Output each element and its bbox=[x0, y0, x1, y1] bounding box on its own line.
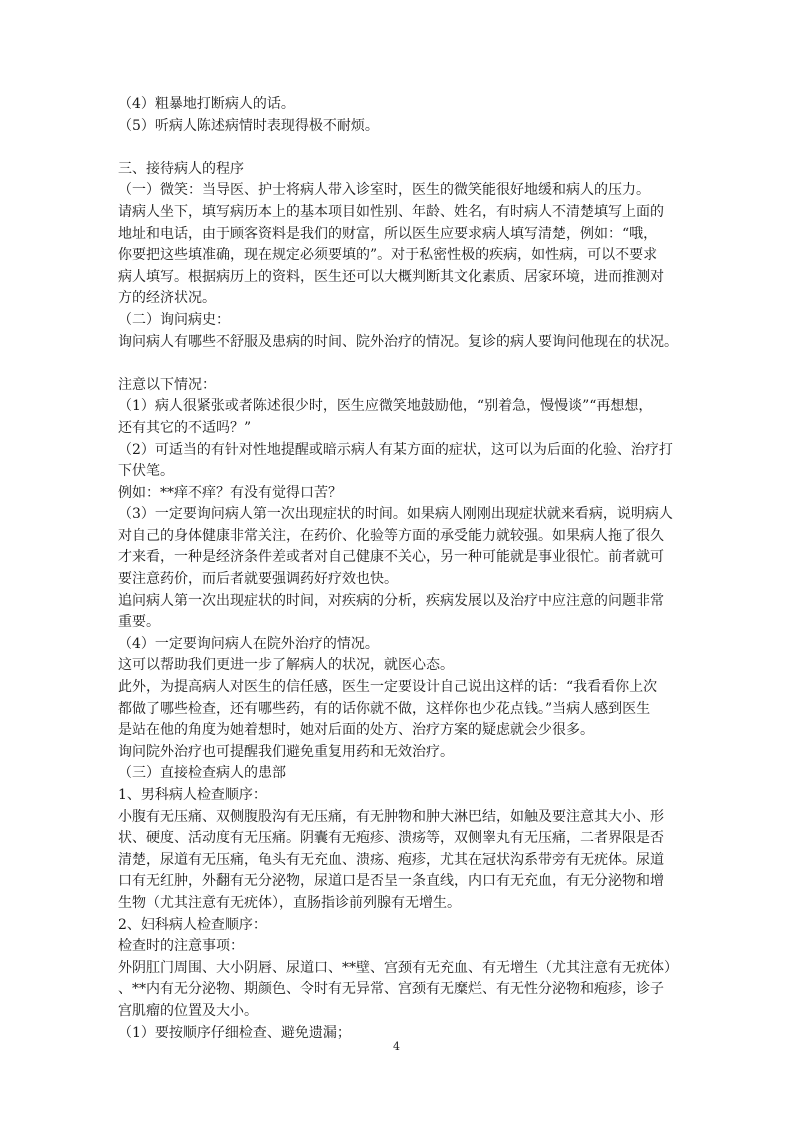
paragraph-line: 下伏笔。 bbox=[118, 461, 678, 483]
paragraph-line: 重要。 bbox=[118, 612, 678, 634]
female-exam-heading: 2、妇科病人检查顺序： bbox=[118, 915, 678, 937]
paragraph-line: 宫肌瘤的位置及大小。 bbox=[118, 1001, 678, 1023]
paragraph-line: 方的经济状况。 bbox=[118, 288, 678, 310]
exam-notes-heading: 检查时的注意事项： bbox=[118, 936, 678, 958]
paragraph-line: 请病人坐下，填写病历本上的基本项目如性别、年龄、姓名，有时病人不清楚填写上面的 bbox=[118, 202, 678, 224]
example-line: 例如：**痒不痒？有没有觉得口苦？ bbox=[118, 483, 678, 505]
section-heading-reception-procedure: 三、接待病人的程序 bbox=[118, 159, 678, 181]
paragraph-line: 追问病人第一次出现症状的时间，对疾病的分析，疾病发展以及治疗中应注意的问题非常 bbox=[118, 591, 678, 613]
paragraph-line: 小腹有无压痛、双侧腹股沟有无压痛，有无肿物和肿大淋巴结，如触及要注意其大小、形 bbox=[118, 807, 678, 829]
paragraph-line: 还有其它的不适吗？” bbox=[118, 418, 678, 440]
paragraph-line: 此外，为提高病人对医生的信任感，医生一定要设计自己说出这样的话：“我看看你上次 bbox=[118, 677, 678, 699]
male-exam-heading: 1、男科病人检查顺序： bbox=[118, 785, 678, 807]
paragraph-line: 、**内有无分泌物、期颜色、令时有无异常、宫颈有无糜烂、有无性分泌物和疱疹，诊子 bbox=[118, 979, 678, 1001]
list-item-5: （5）听病人陈述病情时表现得极不耐烦。 bbox=[118, 116, 678, 138]
list-item-4: （4）粗暴地打断病人的话。 bbox=[118, 94, 678, 116]
subsection-medical-history: （二）询问病史： bbox=[118, 310, 678, 332]
subsection-smile: （一）微笑：当导医、护士将病人带入诊室时，医生的微笑能很好地缓和病人的压力。 bbox=[118, 180, 678, 202]
paragraph-line: 状、硬度、活动度有无压痛。阴囊有无疱疹、溃疡等，双侧睾丸有无压痛，二者界限是否 bbox=[118, 828, 678, 850]
note-item-2: （2）可适当的有针对性地提醒或暗示病人有某方面的症状，这可以为后面的化验、治疗打 bbox=[118, 440, 678, 462]
page-number: 4 bbox=[0, 1040, 793, 1053]
paragraph-line: 要注意药价，而后者就要强调药好疗效也快。 bbox=[118, 569, 678, 591]
notes-heading: 注意以下情况： bbox=[118, 375, 678, 397]
paragraph-line: 生物（尤其注意有无疣体），直肠指诊前列腺有无增生。 bbox=[118, 893, 678, 915]
paragraph-line: 清楚，尿道有无压痛，龟头有无充血、溃疡、疱疹，尤其在冠状沟系带旁有无疣体。尿道 bbox=[118, 850, 678, 872]
note-item-4: （4）一定要询问病人在院外治疗的情况。 bbox=[118, 634, 678, 656]
document-page: （4）粗暴地打断病人的话。 （5）听病人陈述病情时表现得极不耐烦。 三、接待病人… bbox=[118, 94, 678, 1044]
note-item-3: （3）一定要询问病人第一次出现症状的时间。如果病人刚刚出现症状就来看病，说明病人 bbox=[118, 504, 678, 526]
blank-line bbox=[118, 137, 678, 159]
paragraph-line: 你要把这些填准确，现在规定必须要填的”。对于私密性极的疾病，如性病，可以不要求 bbox=[118, 245, 678, 267]
blank-line bbox=[118, 353, 678, 375]
paragraph-line: 外阴肛门周围、大小阴唇、尿道口、**壁、宫颈有无充血、有无增生（尤其注意有无疣体… bbox=[118, 958, 678, 980]
paragraph-line: 是站在他的角度为她着想时，她对后面的处方、治疗方案的疑虑就会少很多。 bbox=[118, 720, 678, 742]
note-item-1: （1）病人很紧张或者陈述很少时，医生应微笑地鼓励他，“别着急，慢慢谈”“再想想， bbox=[118, 396, 678, 418]
subsection-direct-examination: （三）直接检查病人的患部 bbox=[118, 763, 678, 785]
paragraph-line: 才来看，一种是经济条件差或者对自己健康不关心，另一种可能就是事业很忙。前者就可 bbox=[118, 547, 678, 569]
paragraph-line: 病人填写。根据病历上的资料，医生还可以大概判断其文化素质、居家环境，进而推测对 bbox=[118, 267, 678, 289]
paragraph-line: 询问院外治疗也可提醒我们避免重复用药和无效治疗。 bbox=[118, 742, 678, 764]
paragraph-line: 这可以帮助我们更进一步了解病人的状况，就医心态。 bbox=[118, 655, 678, 677]
paragraph-line: 都做了哪些检查，还有哪些药，有的话你就不做，这样你也少花点钱。”当病人感到医生 bbox=[118, 699, 678, 721]
paragraph-line: 询问病人有哪些不舒服及患病的时间、院外治疗的情况。复诊的病人要询问他现在的状况。 bbox=[118, 332, 678, 354]
paragraph-line: 口有无红肿，外翻有无分泌物，尿道口是否呈一条直线，内口有无充血，有无分泌物和增 bbox=[118, 871, 678, 893]
paragraph-line: 地址和电话，由于顾客资料是我们的财富，所以医生应要求病人填写清楚，例如：“哦， bbox=[118, 224, 678, 246]
paragraph-line: 对自己的身体健康非常关注，在药价、化验等方面的承受能力就较强。如果病人拖了很久 bbox=[118, 526, 678, 548]
